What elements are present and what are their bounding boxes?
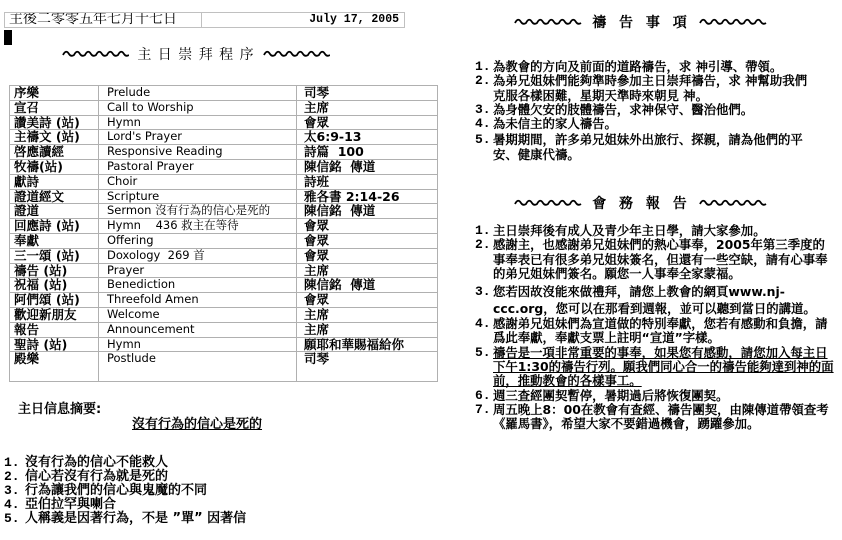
list-item: 2.信心若沒有行為就是死的 xyxy=(4,470,324,484)
worship-leader: 主席 xyxy=(297,263,438,278)
worship-item-english: Hymn xyxy=(99,115,297,130)
worship-item-english: Scripture xyxy=(99,189,297,204)
table-row: 奉獻Offering會眾 xyxy=(10,233,438,248)
item-text: 為未信主的家人禱告。 xyxy=(493,117,819,131)
worship-item-english: Postlude xyxy=(99,352,297,382)
wave-ornament-icon xyxy=(263,50,330,58)
worship-leader: 會眾 xyxy=(297,293,438,308)
wave-ornament-icon xyxy=(62,50,129,58)
list-item: 6.週三查經團契暫停，暑期過后將恢復團契。 xyxy=(475,389,835,403)
worship-item: 報告 xyxy=(10,322,99,337)
item-number: 1. xyxy=(4,456,25,470)
list-item: 1.主日崇拜後有成人及青少年主日學，請大家參加。 xyxy=(475,224,835,238)
table-row: 禱告 (站)Prayer主席 xyxy=(10,263,438,278)
item-number: 5. xyxy=(475,133,493,147)
worship-item: 禱告 (站) xyxy=(10,263,99,278)
worship-item: 三一頌 (站) xyxy=(10,248,99,263)
worship-item: 序樂 xyxy=(10,86,99,101)
item-text: 禱告是一項非常重要的事奉，如果您有感動，請您加入每主日下午1:30的禱告行列。願… xyxy=(493,346,835,389)
worship-item: 阿們頌 (站) xyxy=(10,293,99,308)
worship-leader: 會眾 xyxy=(297,233,438,248)
prayer-requests-list: 1.為教會的方向及前面的道路禱告，求 神引導、帶領。 2.為弟兄姐妹們能夠準時參… xyxy=(475,60,819,162)
worship-item-english: Announcement xyxy=(99,322,297,337)
item-text: 亞伯拉罕與喇合 xyxy=(25,498,324,512)
prayer-requests-heading: 禱 告 事 項 xyxy=(518,14,765,30)
table-row: 序樂Prelude司琴 xyxy=(10,86,438,101)
item-text: 人稱義是因著行為，不是 ”單” 因著信 xyxy=(25,512,324,526)
item-text: 信心若沒有行為就是死的 xyxy=(25,470,324,484)
worship-item-english: Sermon 沒有行為的信心是死的 xyxy=(99,204,297,219)
worship-item: 奉獻 xyxy=(10,233,99,248)
item-number: 1. xyxy=(475,224,493,238)
worship-item-english: Threefold Amen xyxy=(99,293,297,308)
list-item: 2.為弟兄姐妹們能夠準時參加主日崇拜禱告，求 神幫助我們克服各樣困難，星期天準時… xyxy=(475,74,819,103)
prayer-requests-title: 禱 告 事 項 xyxy=(592,12,691,32)
worship-item: 證道 xyxy=(10,204,99,219)
list-item: 3.行為讓我們的信心與鬼魔的不同 xyxy=(4,484,324,498)
list-item: 3.您若因故沒能來做禮拜，請您上教會的網頁www.nj-ccc.org，您可以在… xyxy=(475,283,835,317)
item-text: 為弟兄姐妹們能夠準時參加主日崇拜禱告，求 神幫助我們克服各樣困難，星期天準時來朝… xyxy=(493,74,819,103)
announcements-heading: 會 務 報 告 xyxy=(518,195,765,211)
item-text: 週三查經團契暫停，暑期過后將恢復團契。 xyxy=(493,389,835,403)
sermon-points-list: 1.沒有行為的信心不能救人 2.信心若沒有行為就是死的 3.行為讓我們的信心與鬼… xyxy=(4,456,324,526)
item-number: 2. xyxy=(4,470,25,484)
table-row: 證道Sermon 沒有行為的信心是死的陳信銘 傳道 xyxy=(10,204,438,219)
worship-leader: 願耶和華賜福給你 xyxy=(297,337,438,352)
worship-item: 回應詩 (站) xyxy=(10,219,99,234)
worship-item: 證道經文 xyxy=(10,189,99,204)
worship-item: 牧禱(站) xyxy=(10,159,99,174)
table-row: 報告Announcement主席 xyxy=(10,322,438,337)
item-number: 3. xyxy=(4,484,25,498)
item-text: 沒有行為的信心不能救人 xyxy=(25,456,324,470)
worship-leader: 主席 xyxy=(297,322,438,337)
table-row: 殿樂Postlude司琴 xyxy=(10,352,438,382)
worship-item-english: Prelude xyxy=(99,86,297,101)
table-row: 證道經文Scripture雅各書 2:14-26 xyxy=(10,189,438,204)
item-number: 4. xyxy=(475,117,493,131)
wave-ornament-icon xyxy=(699,18,769,26)
worship-item-english: Prayer xyxy=(99,263,297,278)
worship-order-heading: 主 日 崇 拜 程 序 xyxy=(0,46,392,62)
worship-leader: 詩班 xyxy=(297,174,438,189)
sermon-summary-title: 沒有行為的信心是死的 xyxy=(132,413,262,432)
table-row: 啓應讀經Responsive Reading詩篇 100 xyxy=(10,145,438,160)
item-number: 3. xyxy=(475,283,493,300)
item-text: 暑期期間，許多弟兄姐妹外出旅行、探親，請為他們的平安、健康代禱。 xyxy=(493,133,819,162)
worship-leader: 主席 xyxy=(297,307,438,322)
table-row: 三一頌 (站)Doxology 269 首會眾 xyxy=(10,248,438,263)
worship-item-english: Benediction xyxy=(99,278,297,293)
list-item: 2.感謝主，也感謝弟兄姐妹們的熱心事奉，2005年第三季度的事奉表已有很多弟兄姐… xyxy=(475,238,835,281)
item-text: 為身體欠安的肢體禱告，求神保守、醫治他們。 xyxy=(493,103,819,117)
worship-item-english: Responsive Reading xyxy=(99,145,297,160)
table-row: 獻詩Choir詩班 xyxy=(10,174,438,189)
item-number: 4. xyxy=(475,317,493,331)
worship-item-english: Choir xyxy=(99,174,297,189)
list-item: 4.為未信主的家人禱告。 xyxy=(475,117,819,131)
date-header: 主後二零零五年七月十七日 July 17, 2005 xyxy=(4,12,405,28)
table-row: 聖詩 (站)Hymn願耶和華賜福給你 xyxy=(10,337,438,352)
worship-item: 歡迎新朋友 xyxy=(10,307,99,322)
item-text: 行為讓我們的信心與鬼魔的不同 xyxy=(25,484,324,498)
worship-item-english: Doxology 269 首 xyxy=(99,248,297,263)
table-row: 阿們頌 (站)Threefold Amen會眾 xyxy=(10,293,438,308)
list-item: 5.人稱義是因著行為，不是 ”單” 因著信 xyxy=(4,512,324,526)
worship-item-english: Welcome xyxy=(99,307,297,322)
table-row: 回應詩 (站)Hymn 436 救主在等待會眾 xyxy=(10,219,438,234)
item-text: 您若因故沒能來做禮拜，請您上教會的網頁www.nj-ccc.org，您可以在那看… xyxy=(493,283,835,317)
worship-item-english: Call to Worship xyxy=(99,100,297,115)
item-number: 1. xyxy=(475,60,493,74)
worship-leader: 會眾 xyxy=(297,115,438,130)
wave-ornament-icon xyxy=(699,199,769,207)
worship-leader: 會眾 xyxy=(297,219,438,234)
worship-leader: 詩篇 100 xyxy=(297,145,438,160)
list-item: 7.周五晚上8：00在教會有查經、禱告團契，由陳傳道帶領查考《羅馬書》，希望大家… xyxy=(475,403,835,432)
item-number: 5. xyxy=(475,346,493,360)
list-item: 5.暑期期間，許多弟兄姐妹外出旅行、探親，請為他們的平安、健康代禱。 xyxy=(475,133,819,162)
worship-leader: 雅各書 2:14-26 xyxy=(297,189,438,204)
worship-item: 啓應讀經 xyxy=(10,145,99,160)
wave-ornament-icon xyxy=(514,18,584,26)
worship-item-english: Pastoral Prayer xyxy=(99,159,297,174)
item-number: 3. xyxy=(475,103,493,117)
item-text: 為教會的方向及前面的道路禱告，求 神引導、帶領。 xyxy=(493,60,819,74)
item-number: 2. xyxy=(475,74,493,88)
worship-item-english: Offering xyxy=(99,233,297,248)
table-row: 主禱文 (站)Lord's Prayer太6:9-13 xyxy=(10,130,438,145)
list-item: 5.禱告是一項非常重要的事奉，如果您有感動，請您加入每主日下午1:30的禱告行列… xyxy=(475,346,835,389)
worship-item: 主禱文 (站) xyxy=(10,130,99,145)
item-number: 5. xyxy=(4,512,25,526)
wave-ornament-icon xyxy=(514,199,584,207)
item-text: 感謝弟兄姐妹們為宣道做的特別奉獻，您若有感動和負擔，請爲此奉獻，奉獻支票上註明“… xyxy=(493,317,835,346)
list-item: 4.感謝弟兄姐妹們為宣道做的特別奉獻，您若有感動和負擔，請爲此奉獻，奉獻支票上註… xyxy=(475,317,835,346)
worship-leader: 陳信銘 傳道 xyxy=(297,204,438,219)
table-row: 宣召Call to Worship主席 xyxy=(10,100,438,115)
worship-item-english: Hymn 436 救主在等待 xyxy=(99,219,297,234)
worship-leader: 太6:9-13 xyxy=(297,130,438,145)
item-number: 7. xyxy=(475,403,493,417)
table-row: 歡迎新朋友Welcome主席 xyxy=(10,307,438,322)
worship-leader: 陳信銘 傳道 xyxy=(297,278,438,293)
worship-order-title: 主 日 崇 拜 程 序 xyxy=(137,44,254,64)
item-text: 感謝主，也感謝弟兄姐妹們的熱心事奉，2005年第三季度的事奉表已有很多弟兄姐妹簽… xyxy=(493,238,835,281)
date-english: July 17, 2005 xyxy=(202,13,404,27)
text-cursor xyxy=(4,30,12,45)
item-number: 6. xyxy=(475,389,493,403)
worship-item: 讚美詩 (站) xyxy=(10,115,99,130)
date-chinese: 主後二零零五年七月十七日 xyxy=(5,13,202,27)
worship-leader: 主席 xyxy=(297,100,438,115)
item-text: 主日崇拜後有成人及青少年主日學，請大家參加。 xyxy=(493,224,835,238)
worship-order-table: 序樂Prelude司琴 宣召Call to Worship主席 讚美詩 (站)H… xyxy=(9,85,438,382)
worship-item: 祝福 (站) xyxy=(10,278,99,293)
worship-leader: 司琴 xyxy=(297,86,438,101)
table-row: 牧禱(站)Pastoral Prayer陳信銘 傳道 xyxy=(10,159,438,174)
worship-leader: 司琴 xyxy=(297,352,438,382)
item-number: 4. xyxy=(4,498,25,512)
table-row: 祝福 (站)Benediction陳信銘 傳道 xyxy=(10,278,438,293)
announcements-title: 會 務 報 告 xyxy=(592,193,691,213)
sermon-summary-label: 主日信息摘要: xyxy=(18,398,101,417)
list-item: 1.為教會的方向及前面的道路禱告，求 神引導、帶領。 xyxy=(475,60,819,74)
worship-item-english: Lord's Prayer xyxy=(99,130,297,145)
list-item: 1.沒有行為的信心不能救人 xyxy=(4,456,324,470)
item-text: 周五晚上8：00在教會有查經、禱告團契，由陳傳道帶領查考《羅馬書》，希望大家不要… xyxy=(493,403,835,432)
worship-item: 殿樂 xyxy=(10,352,99,382)
worship-item: 宣召 xyxy=(10,100,99,115)
worship-leader: 會眾 xyxy=(297,248,438,263)
worship-item: 獻詩 xyxy=(10,174,99,189)
item-number: 2. xyxy=(475,238,493,252)
list-item: 3.為身體欠安的肢體禱告，求神保守、醫治他們。 xyxy=(475,103,819,117)
table-row: 讚美詩 (站)Hymn會眾 xyxy=(10,115,438,130)
list-item: 4.亞伯拉罕與喇合 xyxy=(4,498,324,512)
worship-leader: 陳信銘 傳道 xyxy=(297,159,438,174)
worship-item: 聖詩 (站) xyxy=(10,337,99,352)
worship-item-english: Hymn xyxy=(99,337,297,352)
announcements-list: 1.主日崇拜後有成人及青少年主日學，請大家參加。 2.感謝主，也感謝弟兄姐妹們的… xyxy=(475,224,835,432)
